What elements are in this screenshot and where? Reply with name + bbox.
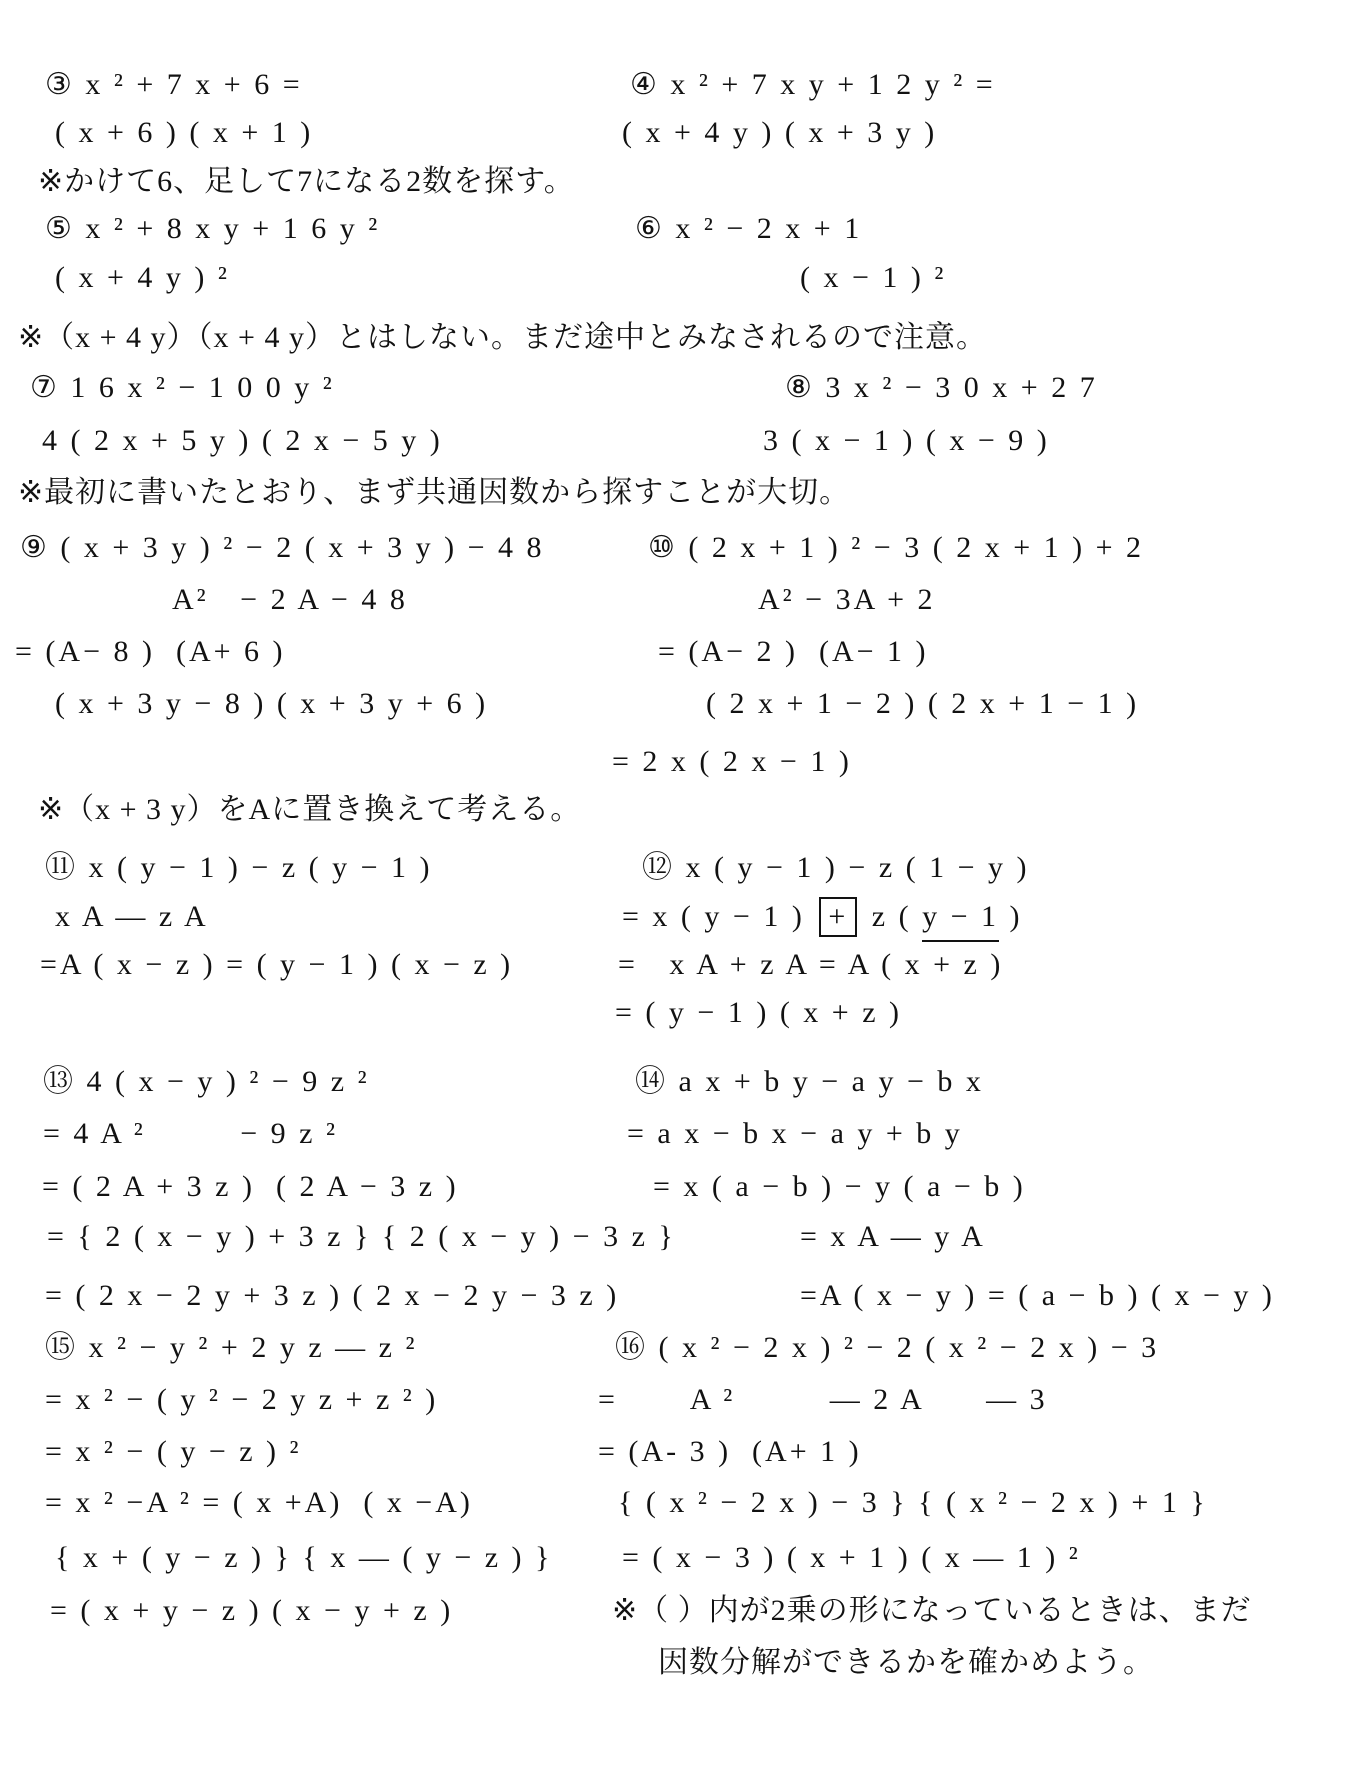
- formula-row-21: = 4 A ² − 9 z ²= a x − b x − a y + b y: [0, 1112, 1370, 1156]
- formula-row-9: ※最初に書いたとおり、まず共通因数から探すことが大切。: [0, 471, 1370, 515]
- formula-row-19: = ( y − 1 ) ( x + z ): [0, 991, 1370, 1035]
- answer-5: ( x + 4 y ) ²: [55, 256, 230, 300]
- formula-row-5: ( x + 4 y ) ²( x − 1 ) ²: [0, 256, 1370, 300]
- answer-11: =A ( x − z ) = ( y − 1 ) ( x − z ): [40, 943, 513, 987]
- answer-13: = ( 2 x − 2 y + 3 z ) ( 2 x − 2 y − 3 z …: [45, 1274, 619, 1318]
- answer-9: ( x + 3 y − 8 ) ( x + 3 y + 6 ): [55, 682, 488, 726]
- work-12-sign-flip: = x ( y − 1 ) + z ( y − 1 ): [622, 895, 1022, 942]
- formula-row-17: x A — z A= x ( y − 1 ) + z ( y − 1 ): [0, 895, 1370, 939]
- formula-row-23: = { 2 ( x − y ) + 3 z } { 2 ( x − y ) − …: [0, 1215, 1370, 1259]
- formula-row-25: ⑮ x ² − y ² + 2 y z — z ²⑯ ( x ² − 2 x )…: [0, 1326, 1370, 1370]
- work-15-square: = x ² − ( y − z ) ²: [45, 1430, 302, 1474]
- work-10-substitute: A² − 3A + 2: [758, 578, 936, 622]
- note-check-square-line1: ※（ ）内が2乗の形になっているときは、まだ: [612, 1589, 1252, 1633]
- work-13-factored: = ( 2 A + 3 z ) ( 2 A − 3 z ): [42, 1165, 459, 1209]
- problem-3: ③ x ² + 7 x + 6 =: [45, 63, 303, 107]
- boxed-term: +: [819, 897, 857, 937]
- term: = x ( y − 1 ): [622, 900, 815, 933]
- problem-4: ④ x ² + 7 x y + 1 2 y ² =: [630, 63, 996, 107]
- work-12-substitute: = x A + z A = A ( x + z ): [618, 943, 1003, 987]
- work-11-substitute: x A — z A: [55, 895, 209, 939]
- formula-row-30: = ( x + y − z ) ( x − y + z )※（ ）内が2乗の形に…: [0, 1589, 1370, 1633]
- work-16-factored: = (A- 3 ) (A+ 1 ): [598, 1430, 862, 1474]
- work-13-backsub: = { 2 ( x − y ) + 3 z } { 2 ( x − y ) − …: [47, 1215, 676, 1259]
- formula-row-4: ⑤ x ² + 8 x y + 1 6 y ²⑥ x ² − 2 x + 1: [0, 207, 1370, 251]
- formula-row-8: 4 ( 2 x + 5 y ) ( 2 x − 5 y )3 ( x − 1 )…: [0, 419, 1370, 463]
- term: z (: [861, 900, 922, 933]
- work-15-group: = x ² − ( y ² − 2 y z + z ² ): [45, 1378, 438, 1422]
- work-10-factored: = (A− 2 ) (A− 1 ): [658, 630, 929, 674]
- formula-row-16: ⑪ x ( y − 1 ) − z ( y − 1 )⑫ x ( y − 1 )…: [0, 846, 1370, 890]
- work-9-factored: = (A− 8 ) (A+ 6 ): [15, 630, 286, 674]
- work-15-backsub: { x + ( y − z ) } { x — ( y − z ) }: [55, 1536, 552, 1580]
- answer-15: = ( x + y − z ) ( x − y + z ): [50, 1589, 453, 1633]
- formula-row-20: ⑬ 4 ( x − y ) ² − 9 z ²⑭ a x + b y − a y…: [0, 1060, 1370, 1104]
- formula-row-1: ③ x ² + 7 x + 6 =④ x ² + 7 x y + 1 2 y ²…: [0, 63, 1370, 107]
- formula-row-31: 因数分解ができるかを確かめよう。: [0, 1641, 1370, 1685]
- formula-row-15: ※（x + 3 y）をAに置き換えて考える。: [0, 788, 1370, 832]
- work-14-group: = x ( a − b ) − y ( a − b ): [653, 1165, 1026, 1209]
- answer-6: ( x − 1 ) ²: [800, 256, 946, 300]
- note-substitution: ※（x + 3 y）をAに置き換えて考える。: [38, 788, 581, 832]
- work-14-substitute: = x A — y A: [800, 1215, 986, 1259]
- formula-row-6: ※（x + 4 y）（x + 4 y）とはしない。まだ途中とみなされるので注意。: [0, 316, 1370, 360]
- work-16-substitute: = A ² — 2 A — 3: [598, 1378, 1048, 1422]
- problem-14: ⑭ a x + b y − a y − b x: [635, 1060, 984, 1104]
- formula-row-24: = ( 2 x − 2 y + 3 z ) ( 2 x − 2 y − 3 z …: [0, 1274, 1370, 1318]
- underline-term: y − 1: [922, 895, 999, 942]
- formula-row-3: ※かけて6、足して7になる2数を探す。: [0, 160, 1370, 204]
- note-product-sum: ※かけて6、足して7になる2数を探す。: [38, 160, 575, 204]
- problem-5: ⑤ x ² + 8 x y + 1 6 y ²: [45, 207, 380, 251]
- formula-row-27: = x ² − ( y − z ) ²= (A- 3 ) (A+ 1 ): [0, 1430, 1370, 1474]
- problem-16: ⑯ ( x ² − 2 x ) ² − 2 ( x ² − 2 x ) − 3: [615, 1326, 1159, 1370]
- formula-row-7: ⑦ 1 6 x ² − 1 0 0 y ²⑧ 3 x ² − 3 0 x + 2…: [0, 366, 1370, 410]
- formula-row-29: { x + ( y − z ) } { x — ( y − z ) }= ( x…: [0, 1536, 1370, 1580]
- formula-row-12: = (A− 8 ) (A+ 6 )= (A− 2 ) (A− 1 ): [0, 630, 1370, 674]
- work-14-reorder: = a x − b x − a y + b y: [627, 1112, 963, 1156]
- note-incomplete-square: ※（x + 4 y）（x + 4 y）とはしない。まだ途中とみなされるので注意。: [18, 316, 987, 360]
- problem-10: ⑩ ( 2 x + 1 ) ² − 3 ( 2 x + 1 ) + 2: [648, 526, 1144, 570]
- answer-7: 4 ( 2 x + 5 y ) ( 2 x − 5 y ): [42, 419, 443, 463]
- answer-12: = ( y − 1 ) ( x + z ): [615, 991, 902, 1035]
- note-common-factor: ※最初に書いたとおり、まず共通因数から探すことが大切。: [18, 471, 850, 515]
- formula-row-18: =A ( x − z ) = ( y − 1 ) ( x − z )= x A …: [0, 943, 1370, 987]
- answer-8: 3 ( x − 1 ) ( x − 9 ): [763, 419, 1050, 463]
- work-10-backsub: ( 2 x + 1 − 2 ) ( 2 x + 1 − 1 ): [706, 682, 1139, 726]
- formula-row-13: ( x + 3 y − 8 ) ( x + 3 y + 6 )( 2 x + 1…: [0, 682, 1370, 726]
- problem-7: ⑦ 1 6 x ² − 1 0 0 y ²: [30, 366, 335, 410]
- answer-16: = ( x − 3 ) ( x + 1 ) ( x — 1 ) ²: [622, 1536, 1081, 1580]
- problem-12: ⑫ x ( y − 1 ) − z ( 1 − y ): [642, 846, 1030, 890]
- problem-15: ⑮ x ² − y ² + 2 y z — z ²: [45, 1326, 417, 1370]
- problem-13: ⑬ 4 ( x − y ) ² − 9 z ²: [43, 1060, 370, 1104]
- formula-row-22: = ( 2 A + 3 z ) ( 2 A − 3 z )= x ( a − b…: [0, 1165, 1370, 1209]
- worksheet-page: ③ x ² + 7 x + 6 =④ x ² + 7 x y + 1 2 y ²…: [0, 0, 1370, 1776]
- work-9-substitute: A² − 2 A − 4 8: [172, 578, 408, 622]
- work-15-diff-squares: = x ² −A ² = ( x +A) ( x −A): [45, 1481, 473, 1525]
- problem-6: ⑥ x ² − 2 x + 1: [635, 207, 862, 251]
- work-16-backsub: { ( x ² − 2 x ) − 3 } { ( x ² − 2 x ) + …: [618, 1481, 1208, 1525]
- formula-row-14: = 2 x ( 2 x − 1 ): [0, 740, 1370, 784]
- formula-row-10: ⑨ ( x + 3 y ) ² − 2 ( x + 3 y ) − 4 8⑩ (…: [0, 526, 1370, 570]
- problem-8: ⑧ 3 x ² − 3 0 x + 2 7: [785, 366, 1098, 410]
- formula-row-26: = x ² − ( y ² − 2 y z + z ² )= A ² — 2 A…: [0, 1378, 1370, 1422]
- term: ): [999, 900, 1023, 933]
- answer-14: =A ( x − y ) = ( a − b ) ( x − y ): [800, 1274, 1275, 1318]
- answer-4: ( x + 4 y ) ( x + 3 y ): [622, 111, 937, 155]
- problem-9: ⑨ ( x + 3 y ) ² − 2 ( x + 3 y ) − 4 8: [20, 526, 545, 570]
- note-check-square-line2: 因数分解ができるかを確かめよう。: [658, 1641, 1154, 1685]
- formula-row-2: ( x + 6 ) ( x + 1 )( x + 4 y ) ( x + 3 y…: [0, 111, 1370, 155]
- answer-3: ( x + 6 ) ( x + 1 ): [55, 111, 313, 155]
- problem-11: ⑪ x ( y − 1 ) − z ( y − 1 ): [45, 846, 433, 890]
- formula-row-11: A² − 2 A − 4 8A² − 3A + 2: [0, 578, 1370, 622]
- work-13-substitute: = 4 A ² − 9 z ²: [43, 1112, 338, 1156]
- formula-row-28: = x ² −A ² = ( x +A) ( x −A){ ( x ² − 2 …: [0, 1481, 1370, 1525]
- answer-10: = 2 x ( 2 x − 1 ): [612, 740, 852, 784]
